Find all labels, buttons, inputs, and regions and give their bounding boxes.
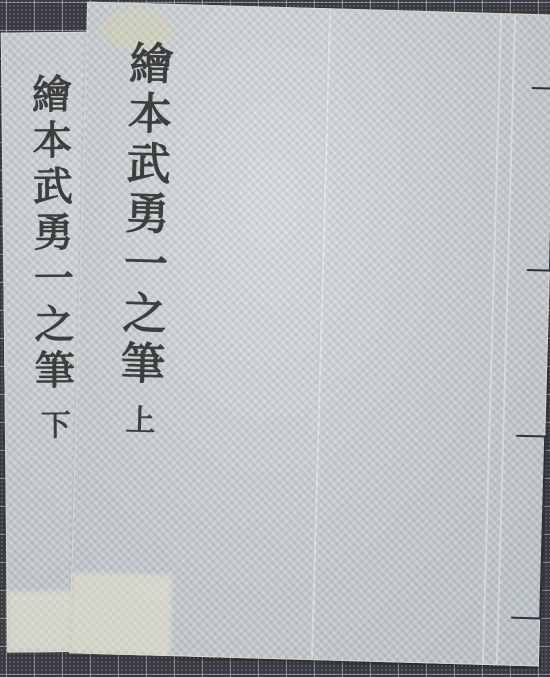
book-front-volume: 繪本武勇一之筆上 (69, 2, 550, 667)
title-text: 繪本武勇一之筆 (25, 73, 75, 395)
title-calligraphy: 繪本武勇一之筆上 (104, 39, 179, 441)
binding-thread-top (527, 87, 550, 272)
title-calligraphy: 繪本武勇一之筆下 (20, 73, 81, 446)
binding-thread-bottom (511, 435, 546, 620)
volume-mark: 下 (30, 409, 74, 445)
title-text: 繪本武勇一之筆 (112, 40, 173, 391)
crease (310, 9, 331, 659)
volume-mark: 上 (114, 403, 159, 440)
wear-patch (70, 572, 172, 655)
